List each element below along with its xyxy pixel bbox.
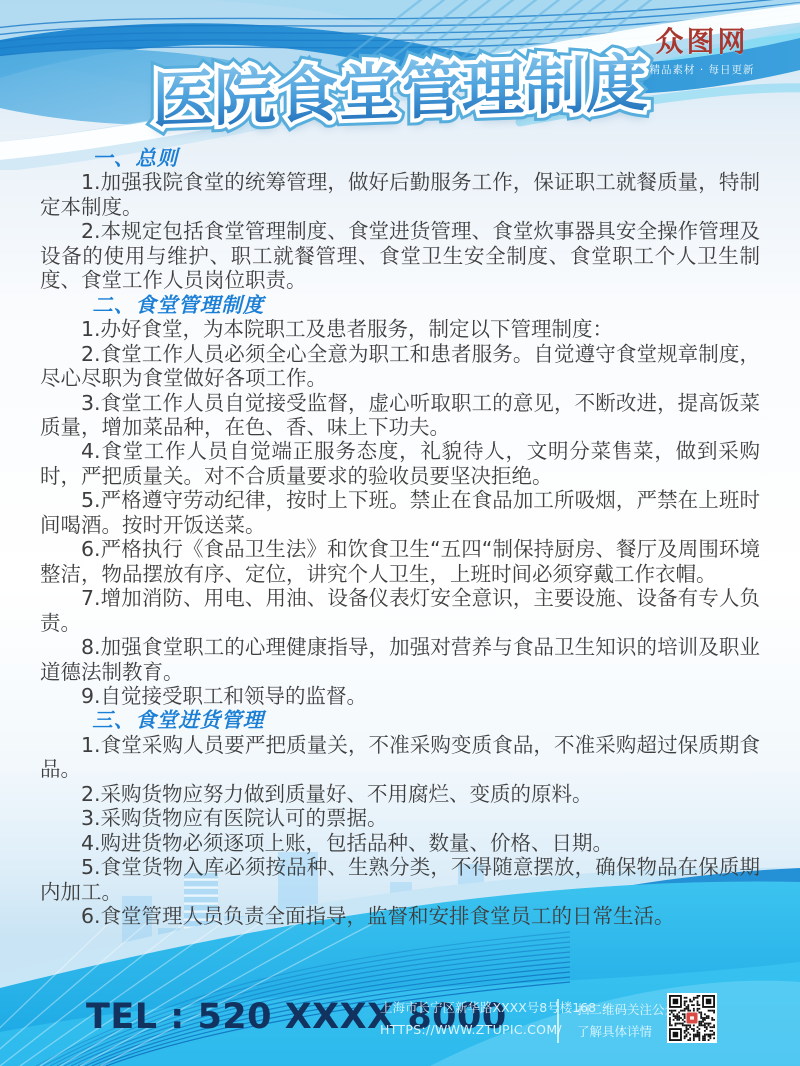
rule-paragraph: 2.食堂工作人员必须全心全意为职工和患者服务。自觉遵守食堂规章制度，尽心尽职为食… [40, 342, 760, 391]
ztupic-tagline: 精品素材 · 每日更新 [638, 62, 766, 77]
rule-paragraph: 8.加强食堂职工的心理健康指导，加强对营养与食品卫生知识的培训及职业道德法制教育… [40, 635, 760, 684]
rule-paragraph: 7.增加消防、用电、用油、设备仪表灯安全意识，主要设施、设备有专人负责。 [40, 586, 760, 635]
rule-paragraph: 1.办好食堂，为本院职工及患者服务，制定以下管理制度： [40, 317, 760, 341]
site-watermark: 众图网 精品素材 · 每日更新 [638, 27, 766, 77]
ztupic-logo: 众图网 [638, 27, 766, 57]
qr-code-svg [669, 995, 715, 1041]
rule-paragraph: 9.自觉接受职工和领导的监督。 [40, 684, 760, 708]
rule-paragraph: 4.购进货物必须逐项上账，包括品种、数量、价格、日期。 [40, 831, 760, 855]
rule-paragraph: 6.严格执行《食品卫生法》和饮食卫生“五四“制保持厨房、餐厅及周围环境整洁，物品… [40, 537, 760, 586]
rule-paragraph: 2.采购货物应努力做到质量好、不用腐烂、变质的原料。 [40, 782, 760, 806]
rule-paragraph: 3.食堂工作人员自觉接受监督，虚心听取职工的意见，不断改进，提高饭菜质量，增加菜… [40, 391, 760, 440]
section-heading: 一、总则 [40, 146, 760, 170]
rule-paragraph: 1.加强我院食堂的统筹管理，做好后勤服务工作，保证职工就餐质量，特制定本制度。 [40, 170, 760, 219]
rule-paragraph: 5.严格遵守劳动纪律，按时上下班。禁止在食品加工所吸烟，严禁在上班时间喝酒。按时… [40, 488, 760, 537]
rules-content: 一、总则1.加强我院食堂的统筹管理，做好后勤服务工作，保证职工就餐质量，特制定本… [40, 146, 760, 929]
rule-paragraph: 2.本规定包括食堂管理制度、食堂进货管理、食堂炊事器具安全操作管理及设备的使用与… [40, 219, 760, 292]
rule-paragraph: 4.食堂工作人员自觉端正服务态度，礼貌待人，文明分菜售菜，做到采购时，严把质量关… [40, 439, 760, 488]
qr-code [667, 993, 717, 1043]
footer-divider [557, 999, 559, 1043]
section-heading: 三、食堂进货管理 [40, 708, 760, 732]
website-url: HTTPS://WWW.ZTUPIC.COM/ [380, 1023, 596, 1036]
poster-root: { "brand": { "logo_text": "众图网", "taglin… [0, 0, 800, 1066]
rule-paragraph: 6.食堂管理人员负责全面指导，监督和安排食堂员工的日常生活。 [40, 904, 760, 928]
address-text: 上海市长宁区新华路XXXX号8号楼168 [380, 1001, 596, 1014]
rule-paragraph: 5.食堂货物入库必须按品种、生熟分类，不得随意摆放，确保物品在保质期内加工。 [40, 855, 760, 904]
section-heading: 二、食堂管理制度 [40, 293, 760, 317]
rule-paragraph: 1.食堂采购人员要严把质量关，不准采购变质食品，不准采购超过保质期食品。 [40, 733, 760, 782]
rule-paragraph: 3.采购货物应有医院认可的票据。 [40, 806, 760, 830]
page-title: 医院食堂管理制度 [152, 41, 648, 142]
contact-block: 上海市长宁区新华路XXXX号8号楼168 HTTPS://WWW.ZTUPIC.… [380, 1001, 596, 1036]
